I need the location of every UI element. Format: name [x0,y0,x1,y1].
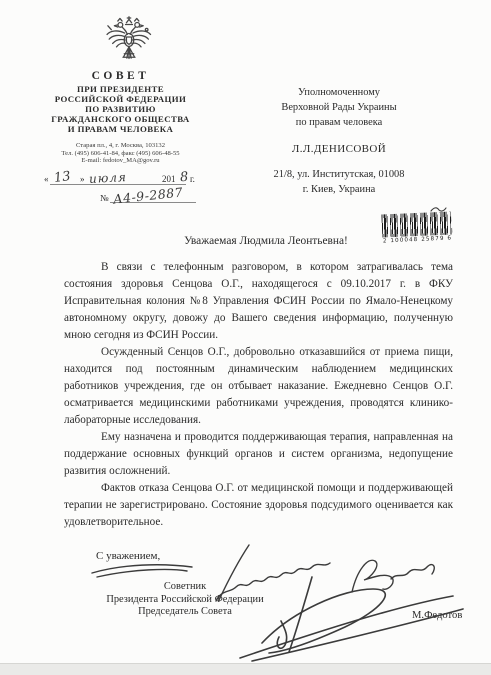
outgoing-number-line: № А4-9-2887 [100,186,196,205]
signer-title-line: Президента Российской Федерации [85,594,285,607]
recipient-title-line: Уполномоченному [262,85,416,100]
handwritten-day: 13 [53,169,71,186]
handwritten-year-digit: 8 [179,170,189,186]
recipient-block: Уполномоченному Верховной Рады Украины п… [262,85,416,197]
org-phone-line: Тел. (495) 606-41-84, факс (495) 606-48-… [18,150,223,158]
recipient-address-line: 21/8, ул. Институтская, 01008 [262,167,416,182]
paragraph: В связи с телефонным разговором, в котор… [64,259,453,344]
org-line: ПО РАЗВИТИЮ [18,104,223,114]
date-line: « 13 » июля 201 8 г. [42,166,204,186]
letter-body: В связи с телефонным разговором, в котор… [64,259,453,531]
org-email-line: E-mail: fedotov_MA@gov.ru [18,157,223,165]
date-year-suffix: г. [190,174,195,184]
barcode-bars [381,211,452,237]
signer-title-line: Председатель Совета [85,606,285,619]
date-quote-close: » [80,174,85,184]
coat-of-arms-emblem [103,15,155,71]
recipient-name: Л.Л.ДЕНИСОВОЙ [262,143,416,155]
org-line: СОВЕТ [18,70,223,83]
org-line: И ПРАВАМ ЧЕЛОВЕКА [18,124,223,134]
org-line: ПРИ ПРЕЗИДЕНТЕ [18,84,223,94]
signer-title-block: Советник Президента Российской Федерации… [85,581,285,619]
recipient-title-line: по правам человека [262,115,416,130]
paragraph: Ему назначена и проводится поддерживающа… [64,429,453,480]
handwritten-month: июля [89,170,128,186]
recipient-address: 21/8, ул. Институтская, 01008 г. Киев, У… [262,167,416,197]
paragraph: Фактов отказа Сенцова О.Г. от медицинско… [64,480,453,531]
org-line: РОССИЙСКОЙ ФЕДЕРАЦИИ [18,94,223,104]
barcode-pen-mark [431,208,446,211]
signer-name: М.Федотов [412,610,462,621]
recipient-address-line: г. Киев, Украина [262,182,416,197]
org-address-line: Старая пл., 4, г. Москва, 103132 [18,142,223,150]
date-year-printed: 201 [162,174,176,184]
date-quote-open: « [44,174,49,184]
letterhead-org-name: СОВЕТ ПРИ ПРЕЗИДЕНТЕ РОССИЙСКОЙ ФЕДЕРАЦИ… [18,70,223,134]
paragraph: Осужденный Сенцов О.Г., добровольно отка… [64,344,453,429]
signer-title-line: Советник [85,581,285,594]
letter-page: СОВЕТ ПРИ ПРЕЗИДЕНТЕ РОССИЙСКОЙ ФЕДЕРАЦИ… [0,0,491,675]
closing-underline-flourish [92,565,192,577]
scan-edge [0,663,491,675]
handwritten-number: А4-9-2887 [112,184,183,206]
closing-phrase: С уважением, [96,550,160,562]
recipient-title-line: Верховной Рады Украины [262,100,416,115]
salutation: Уважаемая Людмила Леонтьевна! [70,235,462,247]
letterhead-contact-block: Старая пл., 4, г. Москва, 103132 Тел. (4… [18,142,223,165]
number-label: № [100,193,109,203]
org-line: ГРАЖДАНСКОГО ОБЩЕСТВА [18,114,223,124]
